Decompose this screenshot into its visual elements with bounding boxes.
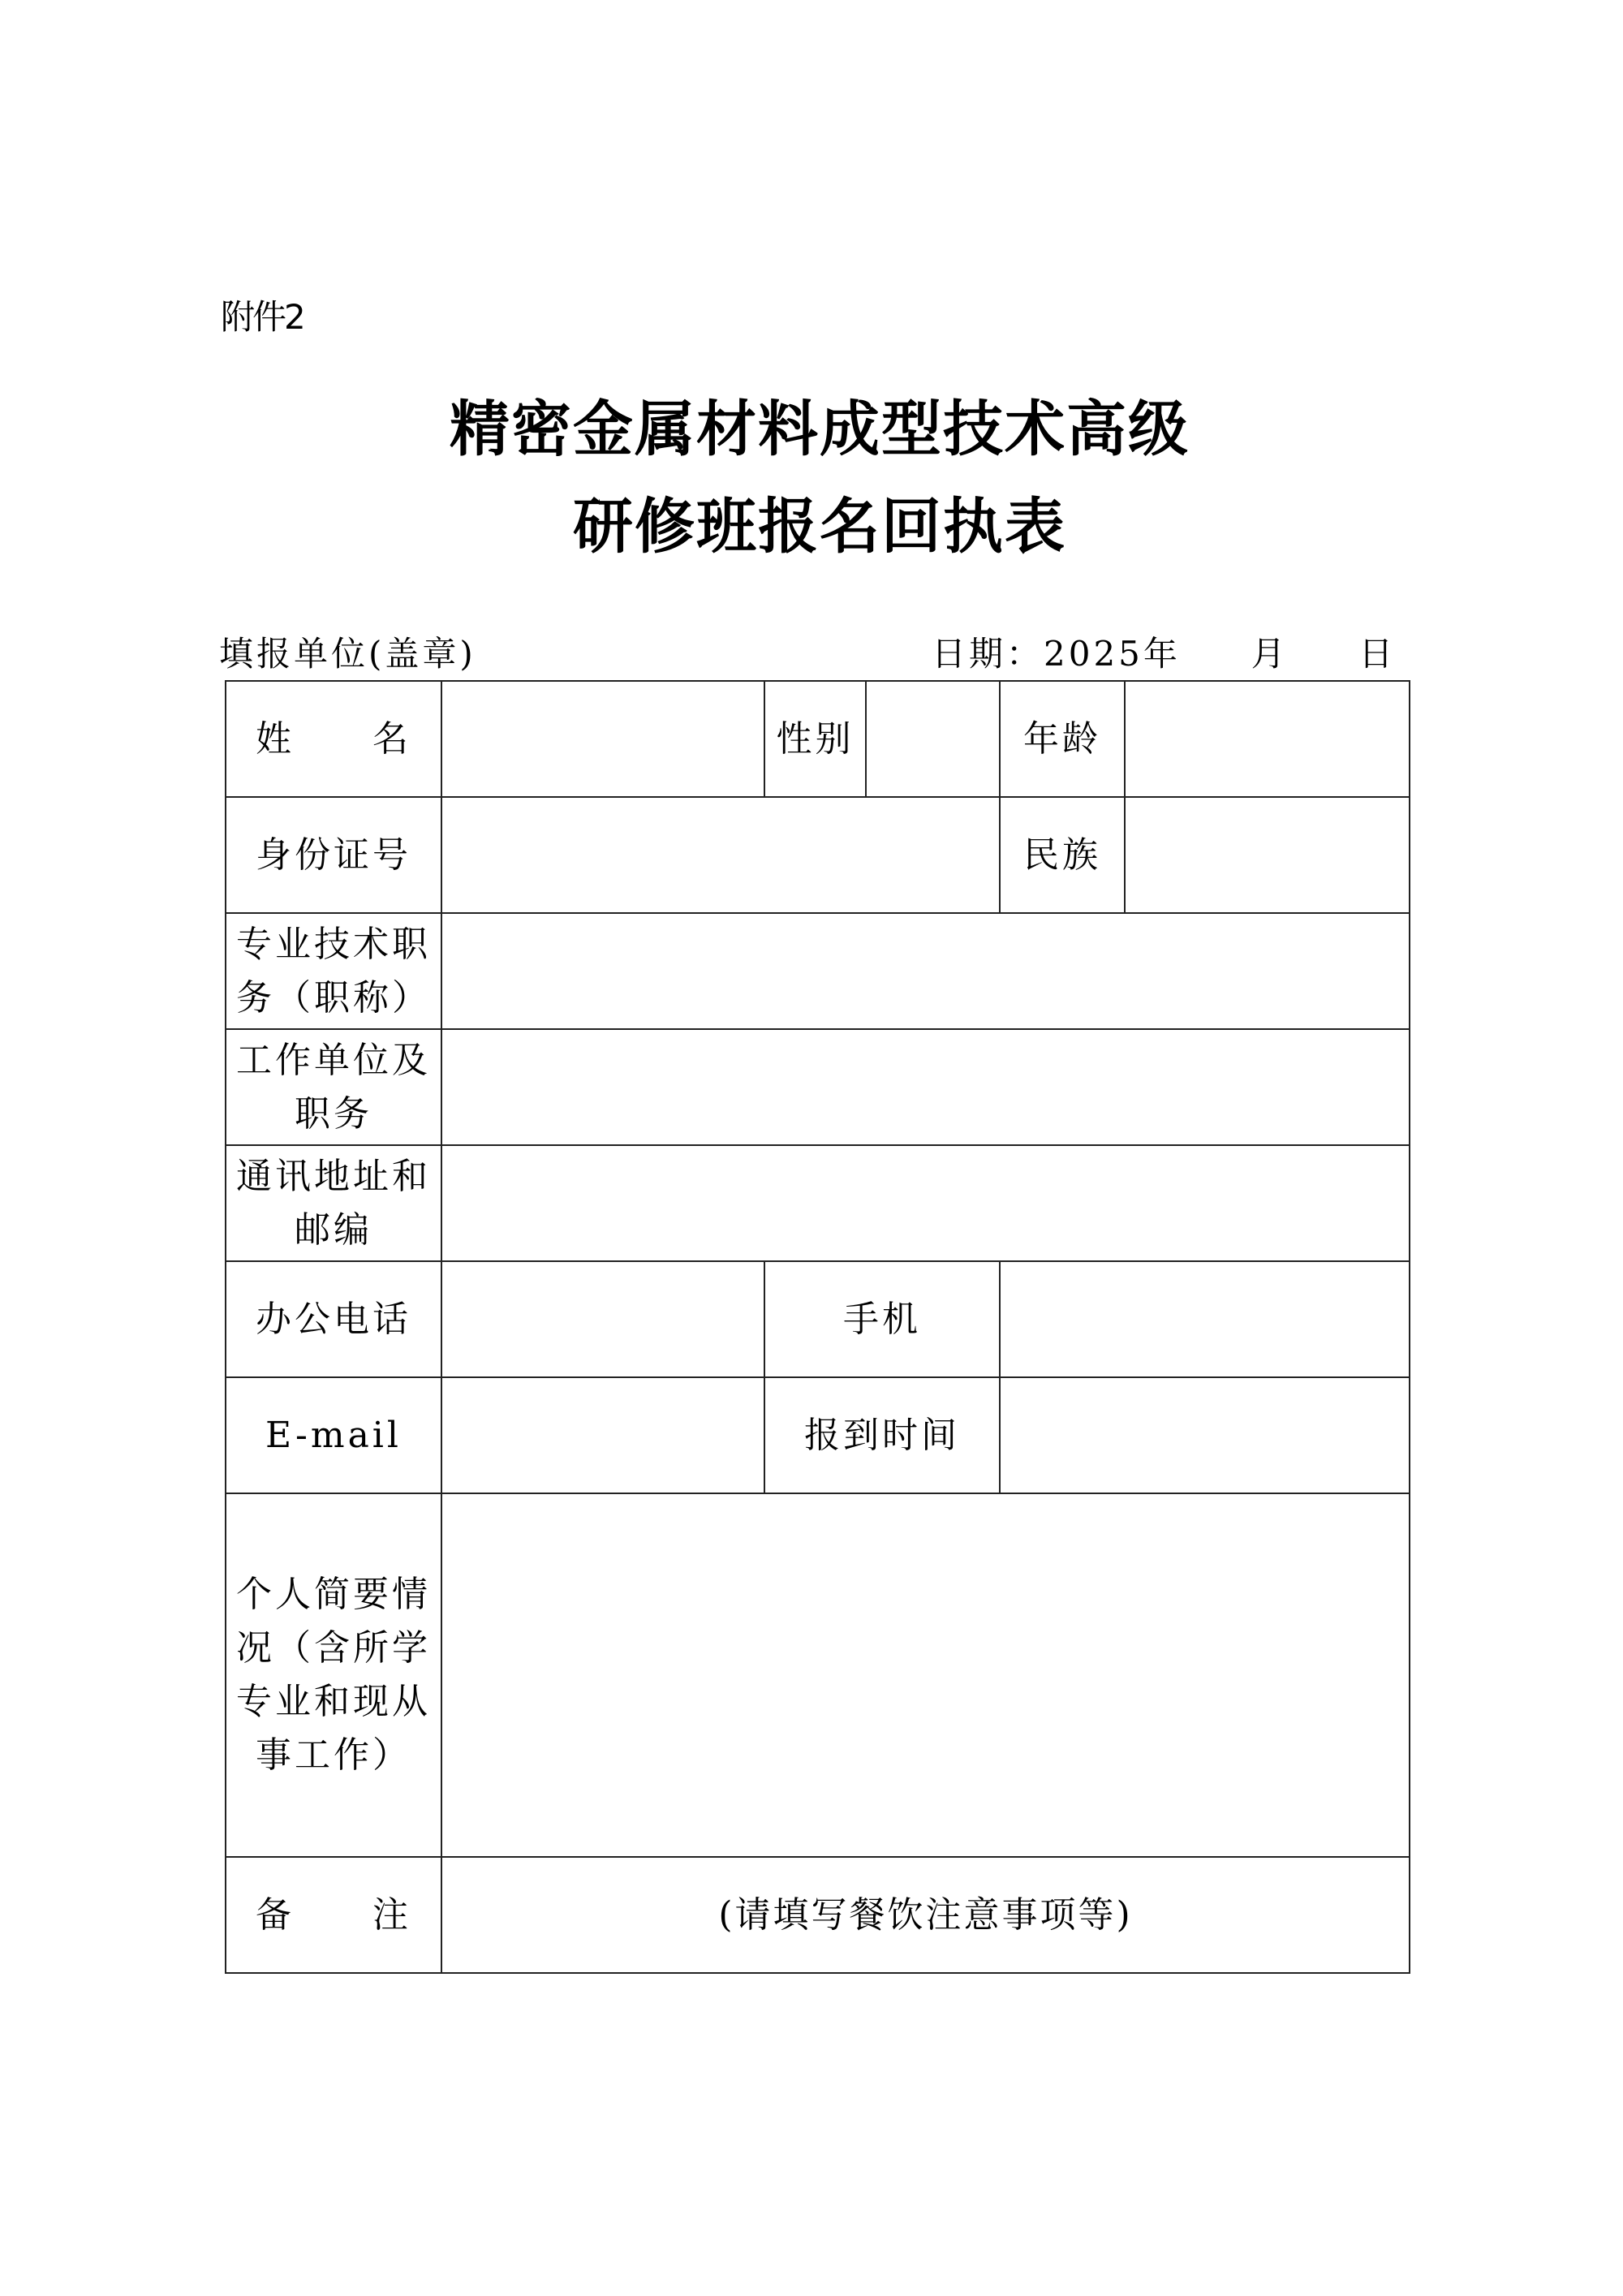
name-field[interactable]: [441, 681, 764, 797]
office-phone-label: 办公电话: [226, 1261, 441, 1377]
office-phone-field[interactable]: [441, 1261, 764, 1377]
id-number-field[interactable]: [441, 797, 1000, 913]
row-remarks: 备 注 (请填写餐饮注意事项等): [226, 1857, 1410, 1973]
row-professional-title: 专业技术职务（职称）: [226, 913, 1410, 1029]
ethnicity-field[interactable]: [1125, 797, 1410, 913]
checkin-time-label: 报到时间: [764, 1377, 1000, 1493]
name-label-text: 姓 名: [256, 718, 411, 760]
work-unit-field[interactable]: [441, 1029, 1410, 1145]
form-title-line-2: 研修班报名回执表: [8, 479, 1623, 565]
email-label-text: E-mail: [265, 1415, 402, 1456]
address-label-text: 通讯地址和邮编: [236, 1156, 431, 1251]
mobile-field[interactable]: [1000, 1261, 1410, 1377]
row-email: E-mail 报到时间: [226, 1377, 1410, 1493]
row-id: 身份证号 民族: [226, 797, 1410, 913]
profile-field[interactable]: [441, 1493, 1410, 1857]
address-field[interactable]: [441, 1145, 1410, 1261]
row-work-unit: 工作单位及职务: [226, 1029, 1410, 1145]
email-label: E-mail: [226, 1377, 441, 1493]
form-title-line-1: 精密金属材料成型技术高级: [8, 381, 1623, 467]
attachment-label: 附件2: [221, 291, 304, 339]
row-address: 通讯地址和邮编: [226, 1145, 1410, 1261]
professional-title-label-text: 专业技术职务（职称）: [236, 924, 431, 1019]
id-number-label-text: 身份证号: [256, 834, 411, 876]
professional-title-field[interactable]: [441, 913, 1410, 1029]
row-phone: 办公电话 手机: [226, 1261, 1410, 1377]
email-field[interactable]: [441, 1377, 764, 1493]
checkin-time-label-text: 报到时间: [804, 1415, 960, 1456]
age-field[interactable]: [1125, 681, 1410, 797]
professional-title-label: 专业技术职务（职称）: [226, 913, 441, 1029]
work-unit-label: 工作单位及职务: [226, 1029, 441, 1145]
checkin-time-field[interactable]: [1000, 1377, 1410, 1493]
profile-label: 个人简要情况（含所学专业和现从事工作）: [226, 1493, 441, 1857]
registration-form-table: 姓 名 性别 年龄 身份证号 民族 专业技术职务（职称） 工作单位及职务 通讯地…: [225, 680, 1410, 1974]
ethnicity-label: 民族: [1000, 797, 1125, 913]
address-label: 通讯地址和邮编: [226, 1145, 441, 1261]
id-number-label: 身份证号: [226, 797, 441, 913]
ethnicity-label-text: 民族: [1023, 834, 1101, 876]
age-label-text: 年龄: [1023, 718, 1101, 760]
gender-label: 性别: [764, 681, 866, 797]
remarks-label-text: 备 注: [256, 1894, 411, 1936]
row-profile: 个人简要情况（含所学专业和现从事工作）: [226, 1493, 1410, 1857]
work-unit-label-text: 工作单位及职务: [236, 1040, 431, 1135]
row-name: 姓 名 性别 年龄: [226, 681, 1410, 797]
gender-label-text: 性别: [777, 718, 855, 760]
mobile-label: 手机: [764, 1261, 1000, 1377]
age-label: 年龄: [1000, 681, 1125, 797]
name-label: 姓 名: [226, 681, 441, 797]
mobile-label-text: 手机: [843, 1299, 921, 1340]
remarks-hint: (请填写餐饮注意事项等): [718, 1894, 1132, 1936]
reporting-unit-label: 填报单位(盖章): [219, 627, 476, 676]
remarks-field[interactable]: (请填写餐饮注意事项等): [441, 1857, 1410, 1973]
office-phone-label-text: 办公电话: [256, 1299, 411, 1340]
gender-field[interactable]: [866, 681, 1000, 797]
date-label: 日期：2025年 月 日: [932, 627, 1396, 676]
profile-label-text: 个人简要情况（含所学专业和现从事工作）: [236, 1574, 431, 1776]
remarks-label: 备 注: [226, 1857, 441, 1973]
